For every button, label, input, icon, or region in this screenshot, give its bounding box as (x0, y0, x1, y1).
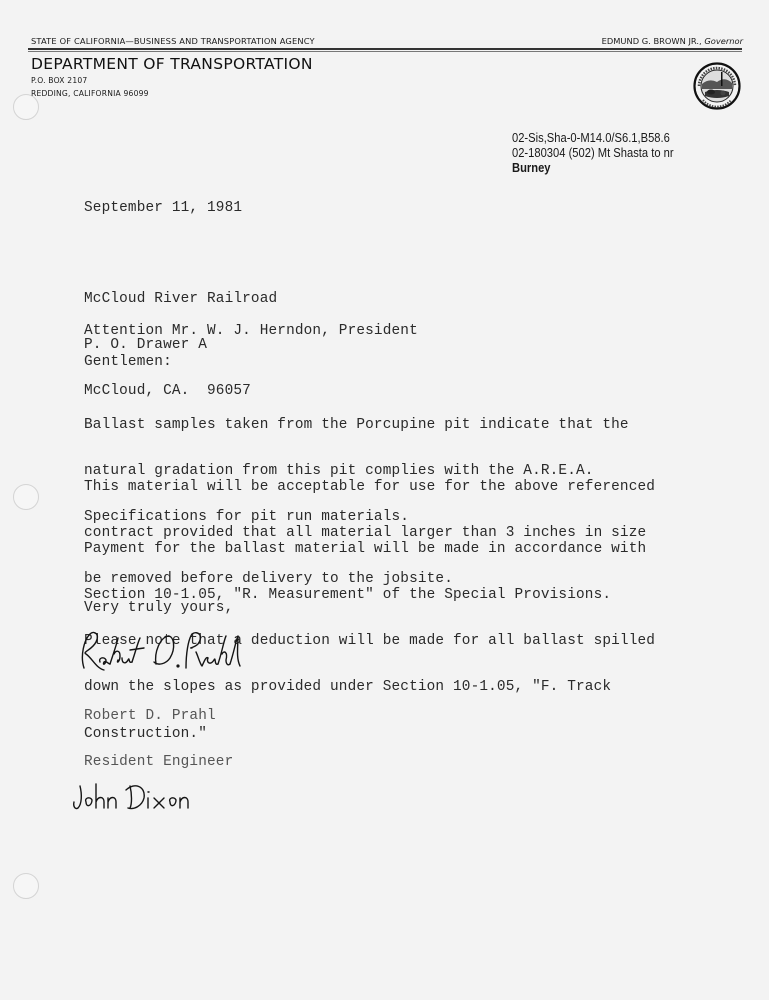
governor-name: EDMUND G. BROWN JR., (602, 36, 702, 46)
state-seal-icon (693, 62, 741, 110)
punch-hole-bottom (13, 873, 39, 899)
signer-title: Resident Engineer (84, 755, 233, 770)
recipient-line: P. O. Drawer A (84, 338, 277, 353)
paragraph-line: This material will be acceptable for use… (84, 480, 655, 495)
handwritten-note-john-dixon (70, 780, 200, 816)
signer-name: Robert D. Prahl (84, 709, 233, 724)
reference-line-1: 02-Sis,Sha-0-M14.0/S6.1,B58.6 (512, 130, 674, 145)
salutation: Gentlemen: (84, 355, 172, 370)
department-po-box: P.O. BOX 2107 (31, 76, 87, 85)
governor-title: Governor (704, 36, 743, 46)
department-name: DEPARTMENT OF TRANSPORTATION (31, 55, 313, 73)
governor-line: EDMUND G. BROWN JR., Governor (602, 36, 743, 46)
department-city: REDDING, CALIFORNIA 96099 (31, 89, 149, 98)
letterhead-rule (28, 48, 742, 52)
recipient-line: McCloud River Railroad (84, 292, 277, 307)
reference-block: 02-Sis,Sha-0-M14.0/S6.1,B58.6 02-180304 … (512, 130, 674, 175)
letter-page: STATE OF CALIFORNIA—BUSINESS AND TRANSPO… (0, 0, 769, 1000)
signature-robert-prahl (70, 628, 245, 678)
paragraph-line: Payment for the ballast material will be… (84, 542, 655, 557)
agency-line: STATE OF CALIFORNIA—BUSINESS AND TRANSPO… (31, 36, 315, 46)
paragraph-line: Ballast samples taken from the Porcupine… (84, 418, 629, 433)
reference-line-2: 02-180304 (502) Mt Shasta to nr (512, 145, 674, 160)
closing: Very truly yours, (84, 601, 233, 616)
reference-line-3: Burney (512, 160, 674, 175)
punch-hole-middle (13, 484, 39, 510)
attention-line: Attention Mr. W. J. Herndon, President (84, 324, 418, 339)
letter-date: September 11, 1981 (84, 201, 242, 216)
